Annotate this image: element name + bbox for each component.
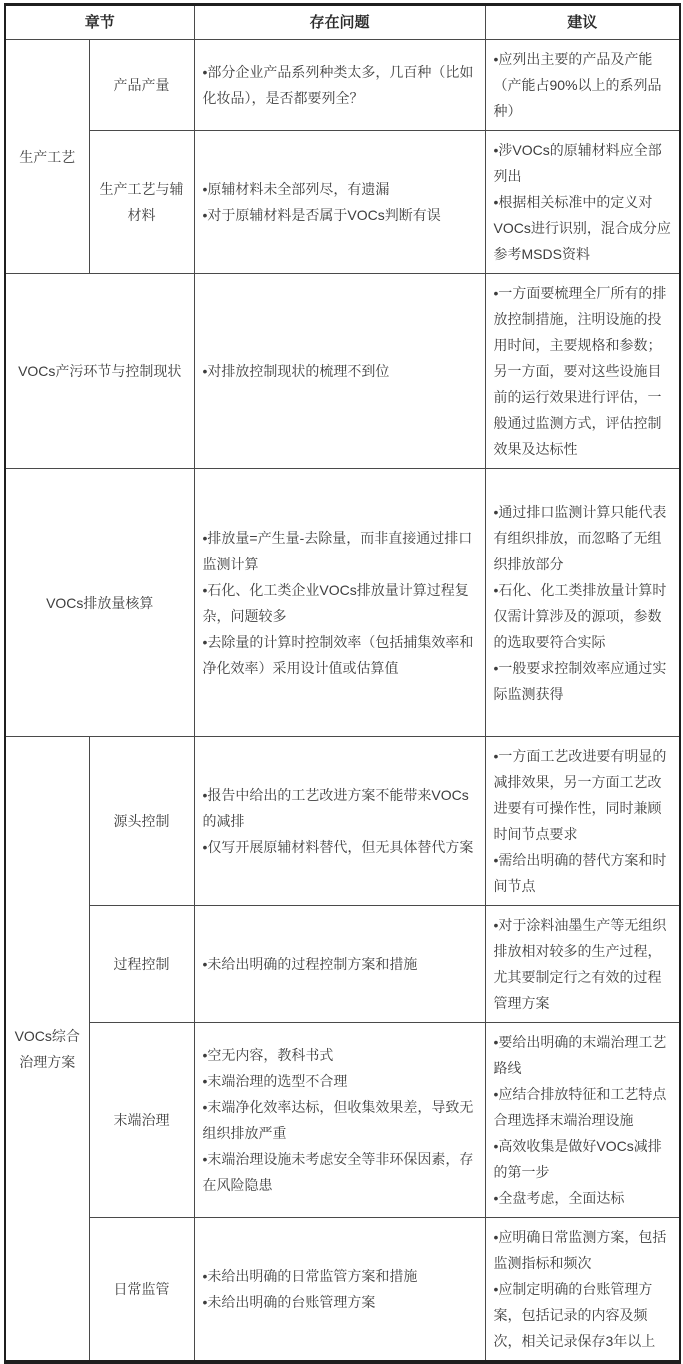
problem-item: •对于原辅材料是否属于VOCs判断有误 [203, 202, 477, 228]
chapter-group-cell: 生产工艺 [5, 40, 89, 274]
problem-item: •原辅材料未全部列尽，有遗漏 [203, 176, 477, 202]
suggestions-cell: •一方面工艺改进要有明显的减排效果，另一方面工艺改进要有可操作性，同时兼顾时间节… [485, 737, 680, 906]
suggestions-cell: •对于涂料油墨生产等无组织排放相对较多的生产过程，尤其要制定行之有效的过程管理方… [485, 906, 680, 1023]
problem-item: •石化、化工类企业VOCs排放量计算过程复杂，问题较多 [203, 577, 477, 629]
problems-cell: •排放量=产生量-去除量，而非直接通过排口监测计算 •石化、化工类企业VOCs排… [194, 469, 485, 737]
table-row: 生产工艺与辅材料 •原辅材料未全部列尽，有遗漏 •对于原辅材料是否属于VOCs判… [5, 131, 680, 274]
table-row: VOCs综合治理方案 源头控制 •报告中给出的工艺改进方案不能带来VOCs的减排… [5, 737, 680, 906]
problem-item: •末端治理的选型不合理 [203, 1068, 477, 1094]
suggestion-item: •涉VOCs的原辅材料应全部列出 [494, 137, 672, 189]
table-row: VOCs产污环节与控制现状 •对排放控制现状的梳理不到位 •一方面要梳理全厂所有… [5, 274, 680, 469]
suggestion-item: •需给出明确的替代方案和时间节点 [494, 847, 672, 899]
suggestion-item: •应列出主要的产品及产能（产能占90%以上的系列品种） [494, 46, 672, 124]
suggestions-cell: •涉VOCs的原辅材料应全部列出 •根据相关标准中的定义对VOCs进行识别，混合… [485, 131, 680, 274]
chapter-cell: VOCs排放量核算 [5, 469, 194, 737]
column-header-chapter: 章节 [5, 5, 194, 40]
column-header-suggestions: 建议 [485, 5, 680, 40]
table-row: 生产工艺 产品产量 •部分企业产品系列种类太多，几百种（比如化妆品），是否都要列… [5, 40, 680, 131]
problems-cell: •部分企业产品系列种类太多，几百种（比如化妆品），是否都要列全？ [194, 40, 485, 131]
chapter-cell: 末端治理 [89, 1023, 194, 1218]
chapter-cell: 生产工艺与辅材料 [89, 131, 194, 274]
suggestion-item: •一方面工艺改进要有明显的减排效果，另一方面工艺改进要有可操作性，同时兼顾时间节… [494, 743, 672, 847]
problems-cell: •未给出明确的日常监管方案和措施 •未给出明确的台账管理方案 [194, 1218, 485, 1363]
suggestion-item: •全盘考虑，全面达标 [494, 1185, 672, 1211]
table-row: 末端治理 •空无内容，教科书式 •末端治理的选型不合理 •末端净化效率达标，但收… [5, 1023, 680, 1218]
problem-item: •未给出明确的日常监管方案和措施 [203, 1263, 477, 1289]
problem-item: •对排放控制现状的梳理不到位 [203, 358, 477, 384]
problem-item: •部分企业产品系列种类太多，几百种（比如化妆品），是否都要列全？ [203, 59, 477, 111]
problem-item: •未给出明确的台账管理方案 [203, 1289, 477, 1315]
chapter-cell: 源头控制 [89, 737, 194, 906]
problem-item: •去除量的计算时控制效率（包括捕集效率和净化效率）采用设计值或估算值 [203, 629, 477, 681]
problem-item: •报告中给出的工艺改进方案不能带来VOCs的减排 [203, 782, 477, 834]
suggestion-item: •通过排口监测计算只能代表有组织排放，而忽略了无组织排放部分 [494, 499, 672, 577]
problems-cell: •原辅材料未全部列尽，有遗漏 •对于原辅材料是否属于VOCs判断有误 [194, 131, 485, 274]
suggestion-item: •应明确日常监测方案，包括监测指标和频次 [494, 1224, 672, 1276]
suggestions-cell: •一方面要梳理全厂所有的排放控制措施，注明设施的投用时间，主要规格和参数；另一方… [485, 274, 680, 469]
problems-cell: •未给出明确的过程控制方案和措施 [194, 906, 485, 1023]
suggestion-item: •一般要求控制效率应通过实际监测获得 [494, 655, 672, 707]
problem-item: •空无内容，教科书式 [203, 1042, 477, 1068]
suggestions-cell: •应列出主要的产品及产能（产能占90%以上的系列品种） [485, 40, 680, 131]
problems-cell: •对排放控制现状的梳理不到位 [194, 274, 485, 469]
problems-cell: •报告中给出的工艺改进方案不能带来VOCs的减排 •仅写开展原辅材料替代，但无具… [194, 737, 485, 906]
problems-cell: •空无内容，教科书式 •末端治理的选型不合理 •末端净化效率达标，但收集效果差，… [194, 1023, 485, 1218]
vocs-review-table: 章节 存在问题 建议 生产工艺 产品产量 •部分企业产品系列种类太多，几百种（比… [4, 3, 681, 1364]
suggestion-item: •一方面要梳理全厂所有的排放控制措施，注明设施的投用时间，主要规格和参数；另一方… [494, 280, 672, 462]
table-row: 日常监管 •未给出明确的日常监管方案和措施 •未给出明确的台账管理方案 •应明确… [5, 1218, 680, 1363]
chapter-cell: 过程控制 [89, 906, 194, 1023]
problem-item: •排放量=产生量-去除量，而非直接通过排口监测计算 [203, 525, 477, 577]
suggestion-item: •石化、化工类排放量计算时仅需计算涉及的源项，参数的选取要符合实际 [494, 577, 672, 655]
table-row: 过程控制 •未给出明确的过程控制方案和措施 •对于涂料油墨生产等无组织排放相对较… [5, 906, 680, 1023]
chapter-cell: VOCs产污环节与控制现状 [5, 274, 194, 469]
problem-item: •未给出明确的过程控制方案和措施 [203, 951, 477, 977]
suggestion-item: •对于涂料油墨生产等无组织排放相对较多的生产过程，尤其要制定行之有效的过程管理方… [494, 912, 672, 1016]
header-row: 章节 存在问题 建议 [5, 5, 680, 40]
suggestions-cell: •通过排口监测计算只能代表有组织排放，而忽略了无组织排放部分 •石化、化工类排放… [485, 469, 680, 737]
chapter-group-cell: VOCs综合治理方案 [5, 737, 89, 1363]
column-header-problems: 存在问题 [194, 5, 485, 40]
suggestion-item: •高效收集是做好VOCs减排的第一步 [494, 1133, 672, 1185]
table-row: VOCs排放量核算 •排放量=产生量-去除量，而非直接通过排口监测计算 •石化、… [5, 469, 680, 737]
chapter-cell: 产品产量 [89, 40, 194, 131]
chapter-cell: 日常监管 [89, 1218, 194, 1363]
suggestion-item: •根据相关标准中的定义对VOCs进行识别，混合成分应参考MSDS资料 [494, 189, 672, 267]
suggestion-item: •应制定明确的台账管理方案，包括记录的内容及频次，相关记录保存3年以上 [494, 1276, 672, 1354]
suggestion-item: •应结合排放特征和工艺特点合理选择末端治理设施 [494, 1081, 672, 1133]
problem-item: •末端净化效率达标，但收集效果差，导致无组织排放严重 [203, 1094, 477, 1146]
page: 章节 存在问题 建议 生产工艺 产品产量 •部分企业产品系列种类太多，几百种（比… [0, 0, 683, 1305]
suggestions-cell: •要给出明确的末端治理工艺路线 •应结合排放特征和工艺特点合理选择末端治理设施 … [485, 1023, 680, 1218]
suggestions-cell: •应明确日常监测方案，包括监测指标和频次 •应制定明确的台账管理方案，包括记录的… [485, 1218, 680, 1363]
suggestion-item: •要给出明确的末端治理工艺路线 [494, 1029, 672, 1081]
problem-item: •仅写开展原辅材料替代，但无具体替代方案 [203, 834, 477, 860]
problem-item: •末端治理设施未考虑安全等非环保因素，存在风险隐患 [203, 1146, 477, 1198]
